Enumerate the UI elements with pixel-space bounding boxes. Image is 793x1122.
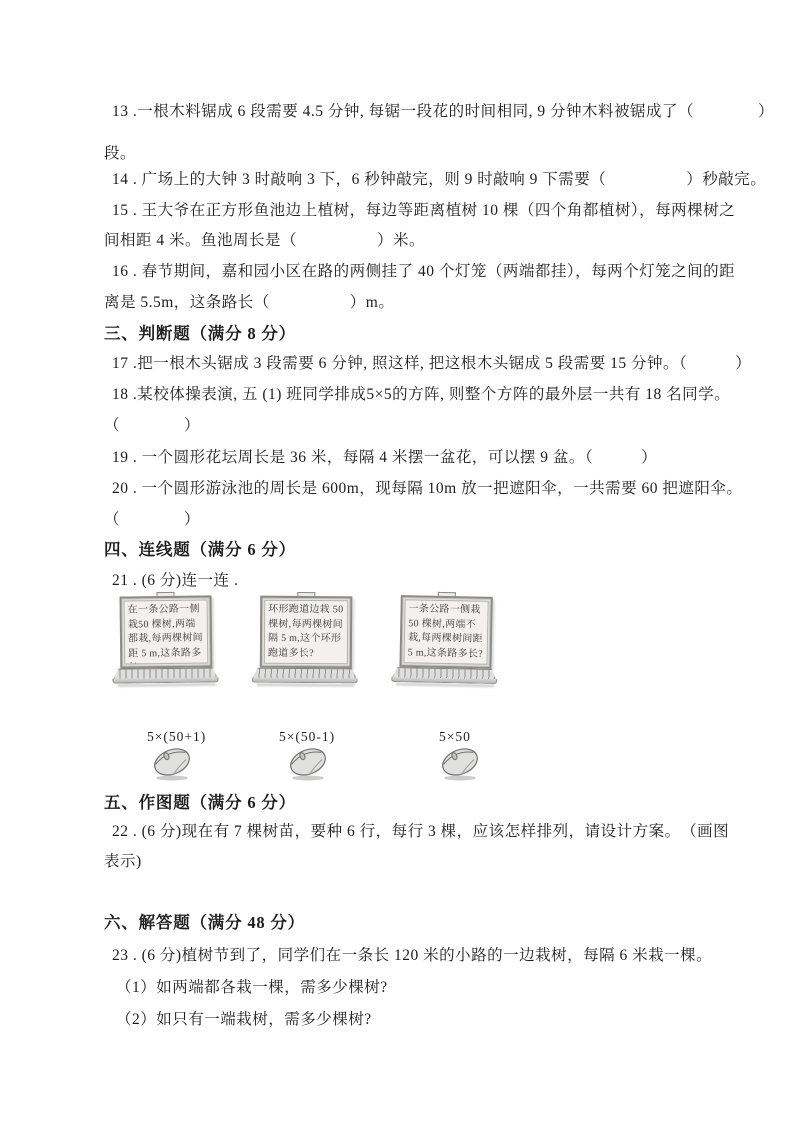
formula-label-1: 5×(50+1)	[147, 728, 206, 746]
mouse-icon-1	[148, 746, 196, 782]
q20-line-1: 20 . 一个圆形游泳池的周长是 600m，现每隔 10m 放一把遮阳伞，一共需…	[112, 474, 742, 504]
laptop-card-1: 在一条公路一侧栽50 棵树,两端都栽,每两棵树间距 5 m,这条路多长?	[111, 589, 218, 686]
q18-line-1: 18 .某校体操表演, 五 (1) 班同学排成5×5的方阵, 则整个方阵的最外层…	[112, 380, 730, 410]
section-matching-heading: 四、连线题（满分 6 分）	[104, 535, 296, 565]
formula-label-3: 5×50	[439, 728, 471, 746]
q18-line-2: （ ）	[104, 411, 200, 441]
q22-line-1: 22 . (6 分)现在有 7 棵树苗，要种 6 行，每行 3 棵，应该怎样排列…	[112, 817, 729, 847]
q15-line-1: 15 . 王大爷在正方形鱼池边上植树，每边等距离植树 10 棵（四个角都植树），…	[112, 196, 735, 226]
laptop-shadow	[257, 684, 355, 687]
laptop-screen-text-3: 一条公路一侧栽 50 棵树,两端不栽,每两棵树间距 5 m,这条路多长?	[404, 599, 489, 665]
section-drawing-heading: 五、作图题（满分 6 分）	[104, 788, 296, 818]
laptop-base	[252, 678, 358, 684]
mouse-icon-3	[436, 746, 484, 782]
q17-line-1: 17 .把一根木头锯成 3 段需要 6 分钟, 照这样, 把这根木头锯成 5 段…	[112, 349, 751, 379]
q14-line-1: 14 . 广场上的大钟 3 时敲响 3 下，6 秒钟敲完，则 9 时敲响 9 下…	[112, 165, 766, 195]
laptop-card-3: 一条公路一侧栽 50 棵树,两端不栽,每两棵树间距 5 m,这条路多长?	[391, 589, 499, 687]
laptop-screen-text-2: 环形跑道边栽 50 棵树,每两棵树间隔 5 m,这个环形跑道多长?	[264, 600, 348, 665]
q15-line-2: 间相距 4 米。鱼池周长是（ ）米。	[104, 226, 425, 256]
formula-label-2: 5×(50-1)	[279, 728, 335, 746]
q23-sub-1: （1）如两端都各栽一棵，需多少棵树?	[116, 973, 388, 1003]
laptop-screen-text-1: 在一条公路一侧栽50 棵树,两端都栽,每两棵树间距 5 m,这条路多长?	[124, 599, 209, 664]
q22-line-2: 表示)	[104, 847, 142, 877]
laptop-screen: 环形跑道边栽 50 棵树,每两棵树间隔 5 m,这个环形跑道多长?	[260, 596, 353, 669]
laptop-shadow	[118, 683, 216, 686]
worksheet-page: 13 .一根木料锯成 6 段需要 4.5 分钟, 每锯一段花的时间相同, 9 分…	[0, 0, 793, 1122]
q19-line-1: 19 . 一个圆形花坛周长是 36 米，每隔 4 米摆一盆花，可以摆 9 盆。（…	[112, 443, 657, 473]
laptop-card-2: 环形跑道边栽 50 棵树,每两棵树间隔 5 m,这个环形跑道多长?	[252, 590, 359, 687]
laptop-screen: 在一条公路一侧栽50 棵树,两端都栽,每两棵树间距 5 m,这条路多长?	[119, 595, 212, 668]
q23-line-1: 23 . (6 分)植树节到了，同学们在一条长 120 米的小路的一边栽树，每隔…	[112, 941, 712, 971]
q13-line-1: 13 .一根木料锯成 6 段需要 4.5 分钟, 每锯一段花的时间相同, 9 分…	[112, 97, 774, 127]
mouse-icon-2	[284, 746, 332, 782]
q23-sub-2: （2）如只有一端栽树，需多少棵树?	[116, 1005, 372, 1035]
section-judge-heading: 三、判断题（满分 8 分）	[104, 319, 296, 349]
q16-line-1: 16 . 春节期间，嘉和园小区在路的两侧挂了 40 个灯笼（两端都挂），每两个灯…	[112, 257, 735, 287]
q20-line-2: （ ）	[104, 505, 200, 535]
laptop-screen: 一条公路一侧栽 50 棵树,两端不栽,每两棵树间距 5 m,这条路多长?	[399, 595, 492, 669]
section-solve-heading: 六、解答题（满分 48 分）	[104, 908, 305, 938]
q16-line-2: 离是 5.5m，这条路长（ ）m。	[104, 288, 394, 318]
